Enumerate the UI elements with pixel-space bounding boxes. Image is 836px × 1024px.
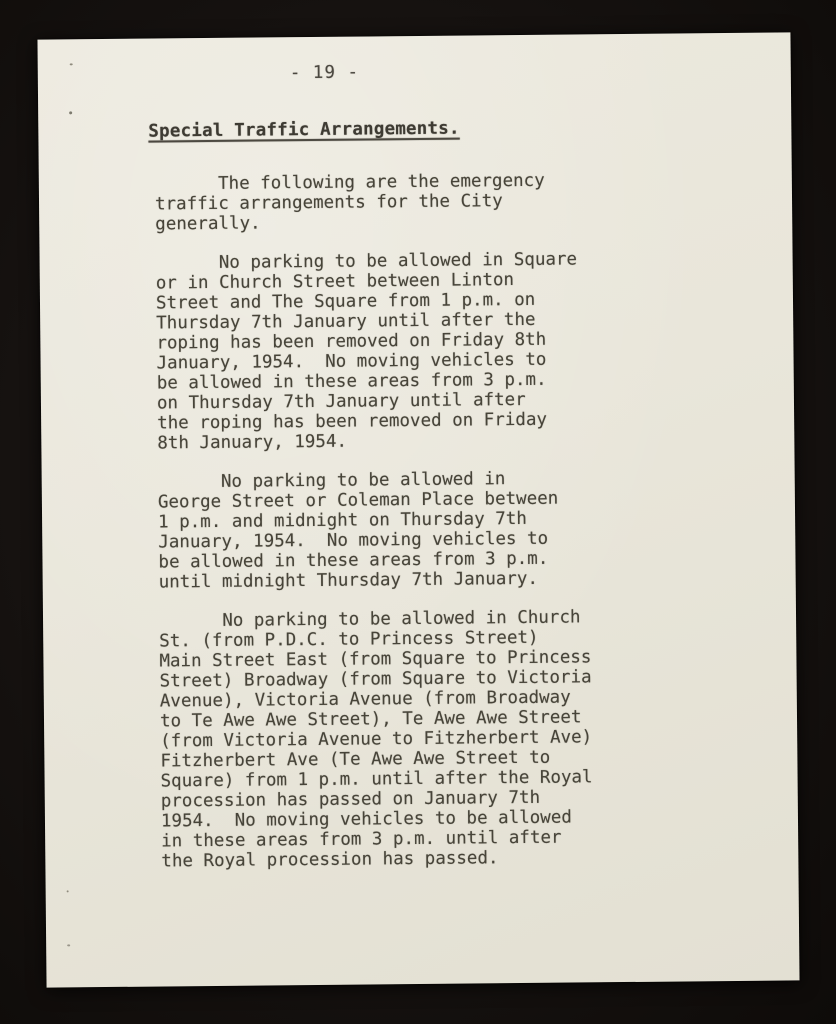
paragraph-royal-procession-route: No parking to be allowed in Church St. (… xyxy=(159,607,651,872)
dust-speck xyxy=(67,890,69,892)
document-body: The following are the emergency traffic … xyxy=(155,170,652,891)
section-heading: Special Traffic Arrangements. xyxy=(148,118,460,143)
paragraph-square-church-street: No parking to be allowed in Square or in… xyxy=(156,249,648,454)
paragraph-intro: The following are the emergency traffic … xyxy=(155,170,646,235)
page-number: - 19 - xyxy=(290,63,359,84)
dust-speck xyxy=(69,111,72,114)
dust-speck xyxy=(67,944,70,946)
document-page: - 19 - Special Traffic Arrangements. The… xyxy=(37,32,799,987)
dust-speck xyxy=(70,63,73,65)
paragraph-george-street-coleman-place: No parking to be allowed in George Stree… xyxy=(158,468,649,593)
